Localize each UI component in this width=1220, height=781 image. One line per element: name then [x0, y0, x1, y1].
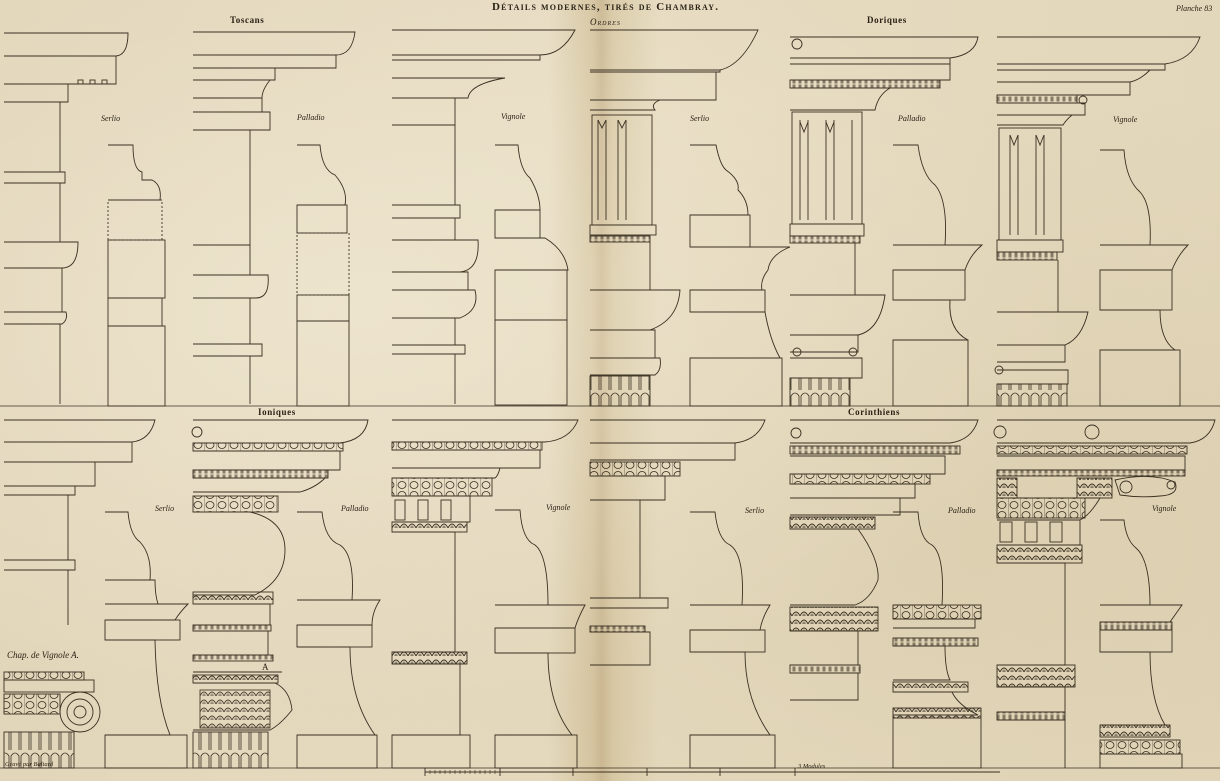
group-label-ioniques: Ioniques [258, 407, 296, 417]
author-label-palladio: Palladio [948, 506, 976, 515]
group-label-toscans: Toscans [230, 15, 264, 25]
architectural-orders-drawing [0, 0, 1220, 781]
engraved-plate: Détails modernes, tirés de Chambray. Ord… [0, 0, 1220, 781]
scale-label: 3 Modules [798, 763, 825, 770]
engraver-credit: Gravé par Baltard [5, 761, 53, 768]
dorique-palladio-profile [790, 37, 982, 406]
author-label-serlio: Serlio [745, 506, 764, 515]
reference-mark-a: A [262, 662, 269, 672]
author-label-serlio: Serlio [690, 114, 709, 123]
author-label-vignole: Vignole [1152, 504, 1176, 513]
author-label-palladio: Palladio [297, 113, 325, 122]
author-label-vignole: Vignole [501, 112, 525, 121]
corinthien-palladio-profile [790, 420, 981, 768]
ionique-vignole-profile [392, 420, 585, 768]
toscan-vignole-profile [392, 30, 575, 405]
author-label-palladio: Palladio [341, 504, 369, 513]
toscan-serlio-profile [4, 33, 165, 406]
corinthien-vignole-profile [994, 420, 1215, 768]
author-label-serlio: Serlio [101, 114, 120, 123]
author-label-vignole: Vignole [546, 503, 570, 512]
plate-subtitle: Ordres [590, 17, 621, 27]
author-label-serlio: Serlio [155, 504, 174, 513]
plate-title: Détails modernes, tirés de Chambray. [492, 1, 719, 13]
author-label-palladio: Palladio [898, 114, 926, 123]
dorique-vignole-profile [995, 37, 1200, 406]
corinthien-serlio-profile [590, 420, 775, 768]
group-label-doriques: Doriques [867, 15, 907, 25]
author-label-vignole: Vignole [1113, 115, 1137, 124]
group-label-corinthiens: Corinthiens [848, 407, 900, 417]
ionique-palladio-profile [192, 420, 380, 768]
module-scale-bar [425, 768, 1000, 776]
plate-number: Planche 83 [1176, 4, 1212, 13]
ionique-serlio-profile [4, 420, 188, 768]
dorique-serlio-profile [590, 30, 790, 406]
toscan-palladio-profile [193, 32, 355, 406]
chapiteau-caption: Chap. de Vignole A. [7, 650, 79, 660]
